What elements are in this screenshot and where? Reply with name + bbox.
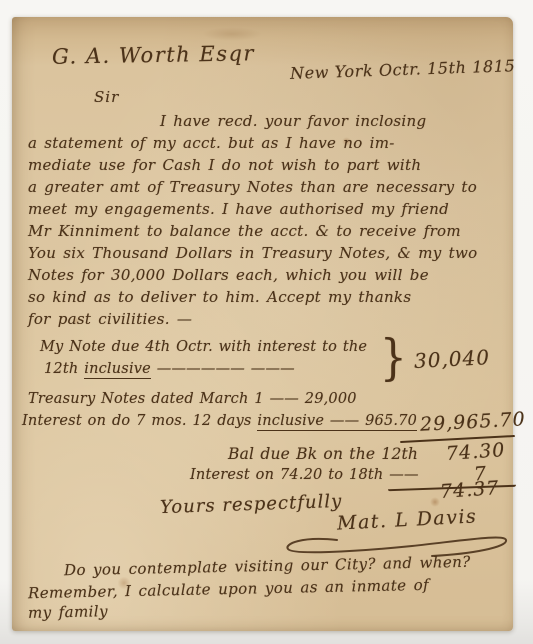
body-line: for past civilities. —	[28, 310, 192, 328]
interest-line: Interest on do 7 mos. 12 days inclusive …	[22, 413, 417, 429]
subtotal-amount: 29,965.70	[419, 408, 526, 436]
addressee: G. A. Worth Esqr	[52, 41, 255, 69]
postscript-line: Remember, I calculate upon you as an inm…	[28, 576, 429, 602]
body-line: meet my engagements. I have authorised m…	[28, 200, 449, 218]
account-brace: }	[380, 329, 407, 385]
body-line: mediate use for Cash I do not wish to pa…	[28, 156, 421, 174]
interest-line-inclusive: inclusive	[257, 413, 324, 431]
balance-line: Bal due Bk on the 12th	[228, 445, 418, 463]
interest-line-prefix: Interest on do 7 mos. 12 days	[22, 413, 257, 429]
body-line: Notes for 30,000 Dollars each, which you…	[28, 266, 429, 284]
note-line2-inclusive: inclusive	[84, 361, 151, 379]
note-line2-prefix: 12th	[44, 361, 84, 377]
stain-spot	[430, 497, 440, 507]
postscript-line: my family	[28, 602, 108, 622]
letter-page: G. A. Worth Esqr New York Octr. 15th 181…	[12, 17, 513, 631]
salutation: Sir	[94, 88, 119, 106]
balance-amount: 74.30	[445, 439, 506, 465]
account-note-line1: My Note due 4th Octr. with interest to t…	[40, 339, 367, 355]
body-line: I have recd. your favor inclosing	[160, 112, 426, 130]
body-line: a greater amt of Treasury Notes than are…	[28, 178, 477, 196]
account-note-line2: 12th inclusive —————— ———	[44, 361, 295, 377]
stain-spot	[202, 27, 262, 41]
body-line: You six Thousand Dollars in Treasury Not…	[28, 244, 477, 262]
body-line: so kind as to deliver to him. Accept my …	[28, 288, 411, 306]
body-line: Mr Kinniment to balance the acct. & to r…	[28, 222, 461, 240]
closing: Yours respectfully	[160, 491, 343, 518]
interest-line-amount: —— 965.70	[324, 413, 417, 431]
note-line2-dashes: —————— ———	[151, 361, 295, 377]
total-amount: 74.37	[439, 477, 500, 503]
dateline: New York Octr. 15th 1815	[290, 56, 516, 83]
note-amount: 30,040	[413, 345, 490, 373]
treasury-line: Treasury Notes dated March 1 —— 29,000	[28, 391, 357, 407]
body-line: a statement of my acct. but as I have no…	[28, 134, 395, 152]
interest2-line: Interest on 74.20 to 18th ——	[190, 467, 419, 483]
